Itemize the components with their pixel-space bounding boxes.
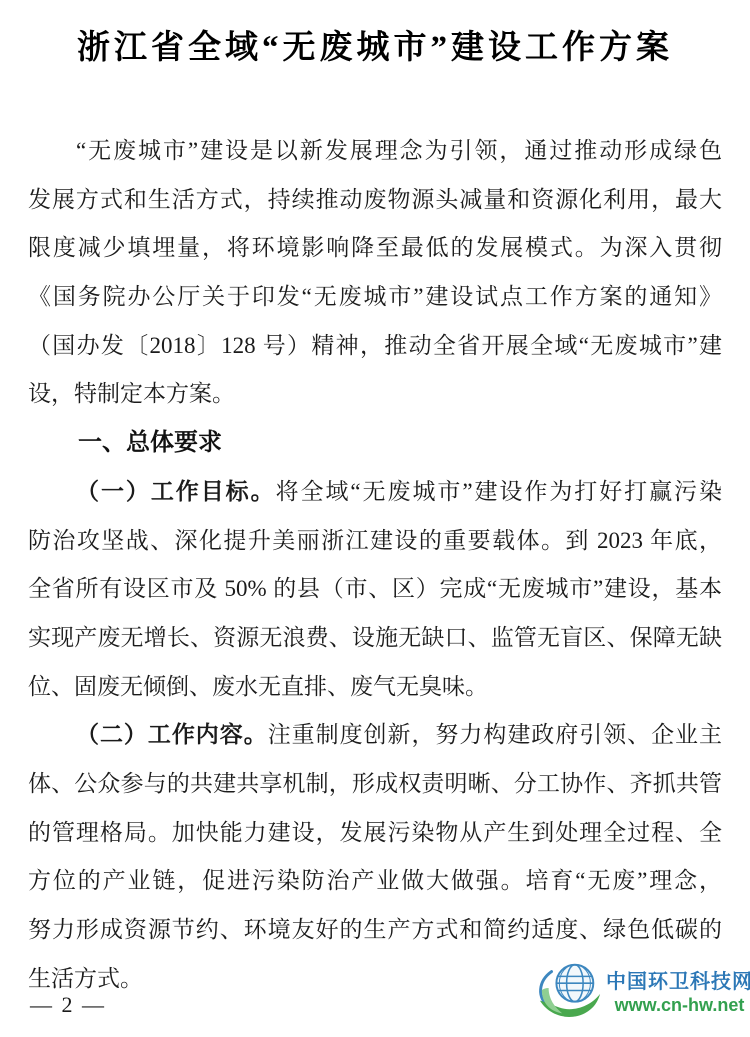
paragraph-lead-label: （一）工作目标。 [76,479,276,504]
globe-leaf-icon [536,955,604,1025]
text-line: 的管理格局。加快能力建设，发展污染物从产生到处理全过程、全 [28,809,722,858]
text-run: 全省所有设区市及 50% 的县（市、区）完成“无废城市”建设，基本 [28,576,722,601]
text-line: （一）工作目标。将全域“无废城市”建设作为打好打赢污染 [28,468,722,517]
text-run: 设，特制定本方案。 [28,381,235,406]
text-run: 的管理格局。加快能力建设，发展污染物从产生到处理全过程、全 [28,820,722,845]
text-run: 体、公众参与的共建共享机制，形成权责明晰、分工协作、齐抓共管 [28,771,722,796]
text-line: 发展方式和生活方式，持续推动废物源头减量和资源化利用，最大 [28,176,722,225]
text-line: 设，特制定本方案。 [28,370,722,419]
text-line: （二）工作内容。注重制度创新，努力构建政府引领、企业主 [28,711,722,760]
text-run: 位、固废无倾倒、废水无直排、废气无臭味。 [28,674,488,699]
text-run: “无废城市”建设是以新发展理念为引领，通过推动形成绿色 [76,138,722,163]
text-run: 发展方式和生活方式，持续推动废物源头减量和资源化利用，最大 [28,187,722,212]
text-run: （国办发〔2018〕128 号）精神，推动全省开展全域“无废城市”建 [28,333,722,358]
text-line: 努力形成资源节约、环境友好的生产方式和简约适度、绿色低碳的 [28,906,722,955]
text-run: 注重制度创新，努力构建政府引领、企业主 [268,722,722,747]
text-line: 实现产废无增长、资源无浪费、设施无缺口、监管无盲区、保障无缺 [28,614,722,663]
text-line: 防治攻坚战、深化提升美丽浙江建设的重要载体。到 2023 年底， [28,517,722,566]
text-run: 将全域“无废城市”建设作为打好打赢污染 [276,479,722,504]
site-url: www.cn-hw.net [615,995,745,1016]
document-body: “无废城市”建设是以新发展理念为引领，通过推动形成绿色发展方式和生活方式，持续推… [28,127,722,1003]
text-line: “无废城市”建设是以新发展理念为引领，通过推动形成绿色 [28,127,722,176]
document-page: 浙江省全域“无废城市”建设工作方案 “无废城市”建设是以新发展理念为引领，通过推… [0,0,750,1037]
text-line: （国办发〔2018〕128 号）精神，推动全省开展全域“无废城市”建 [28,322,722,371]
text-line: 限度减少填埋量，将环境影响降至最低的发展模式。为深入贯彻 [28,224,722,273]
text-run: 限度减少填埋量，将环境影响降至最低的发展模式。为深入贯彻 [28,235,722,260]
text-line: 全省所有设区市及 50% 的县（市、区）完成“无废城市”建设，基本 [28,565,722,614]
text-run: 实现产废无增长、资源无浪费、设施无缺口、监管无盲区、保障无缺 [28,625,722,650]
text-run: 《国务院办公厅关于印发“无废城市”建设试点工作方案的通知》 [28,284,722,309]
site-name: 中国环卫科技网 [606,965,750,994]
text-run: 方位的产业链，促进污染防治产业做大做强。培育“无废”理念， [28,868,722,893]
text-line: 体、公众参与的共建共享机制，形成权责明晰、分工协作、齐抓共管 [28,760,722,809]
text-run: 生活方式。 [28,966,143,991]
text-run: 努力形成资源节约、环境友好的生产方式和简约适度、绿色低碳的 [28,917,722,942]
document-title: 浙江省全域“无废城市”建设工作方案 [0,24,750,72]
watermark-logo: 中国环卫科技网 www.cn-hw.net [536,955,750,1025]
text-line: 位、固废无倾倒、废水无直排、废气无臭味。 [28,663,722,712]
section-heading: 一、总体要求 [28,419,722,468]
watermark-text: 中国环卫科技网 www.cn-hw.net [606,965,750,1016]
text-line: 《国务院办公厅关于印发“无废城市”建设试点工作方案的通知》 [28,273,722,322]
text-run: 防治攻坚战、深化提升美丽浙江建设的重要载体。到 2023 年底， [28,528,722,553]
page-number: — 2 — [30,992,106,1018]
text-line: 方位的产业链，促进污染防治产业做大做强。培育“无废”理念， [28,857,722,906]
paragraph-lead-label: （二）工作内容。 [76,722,268,747]
